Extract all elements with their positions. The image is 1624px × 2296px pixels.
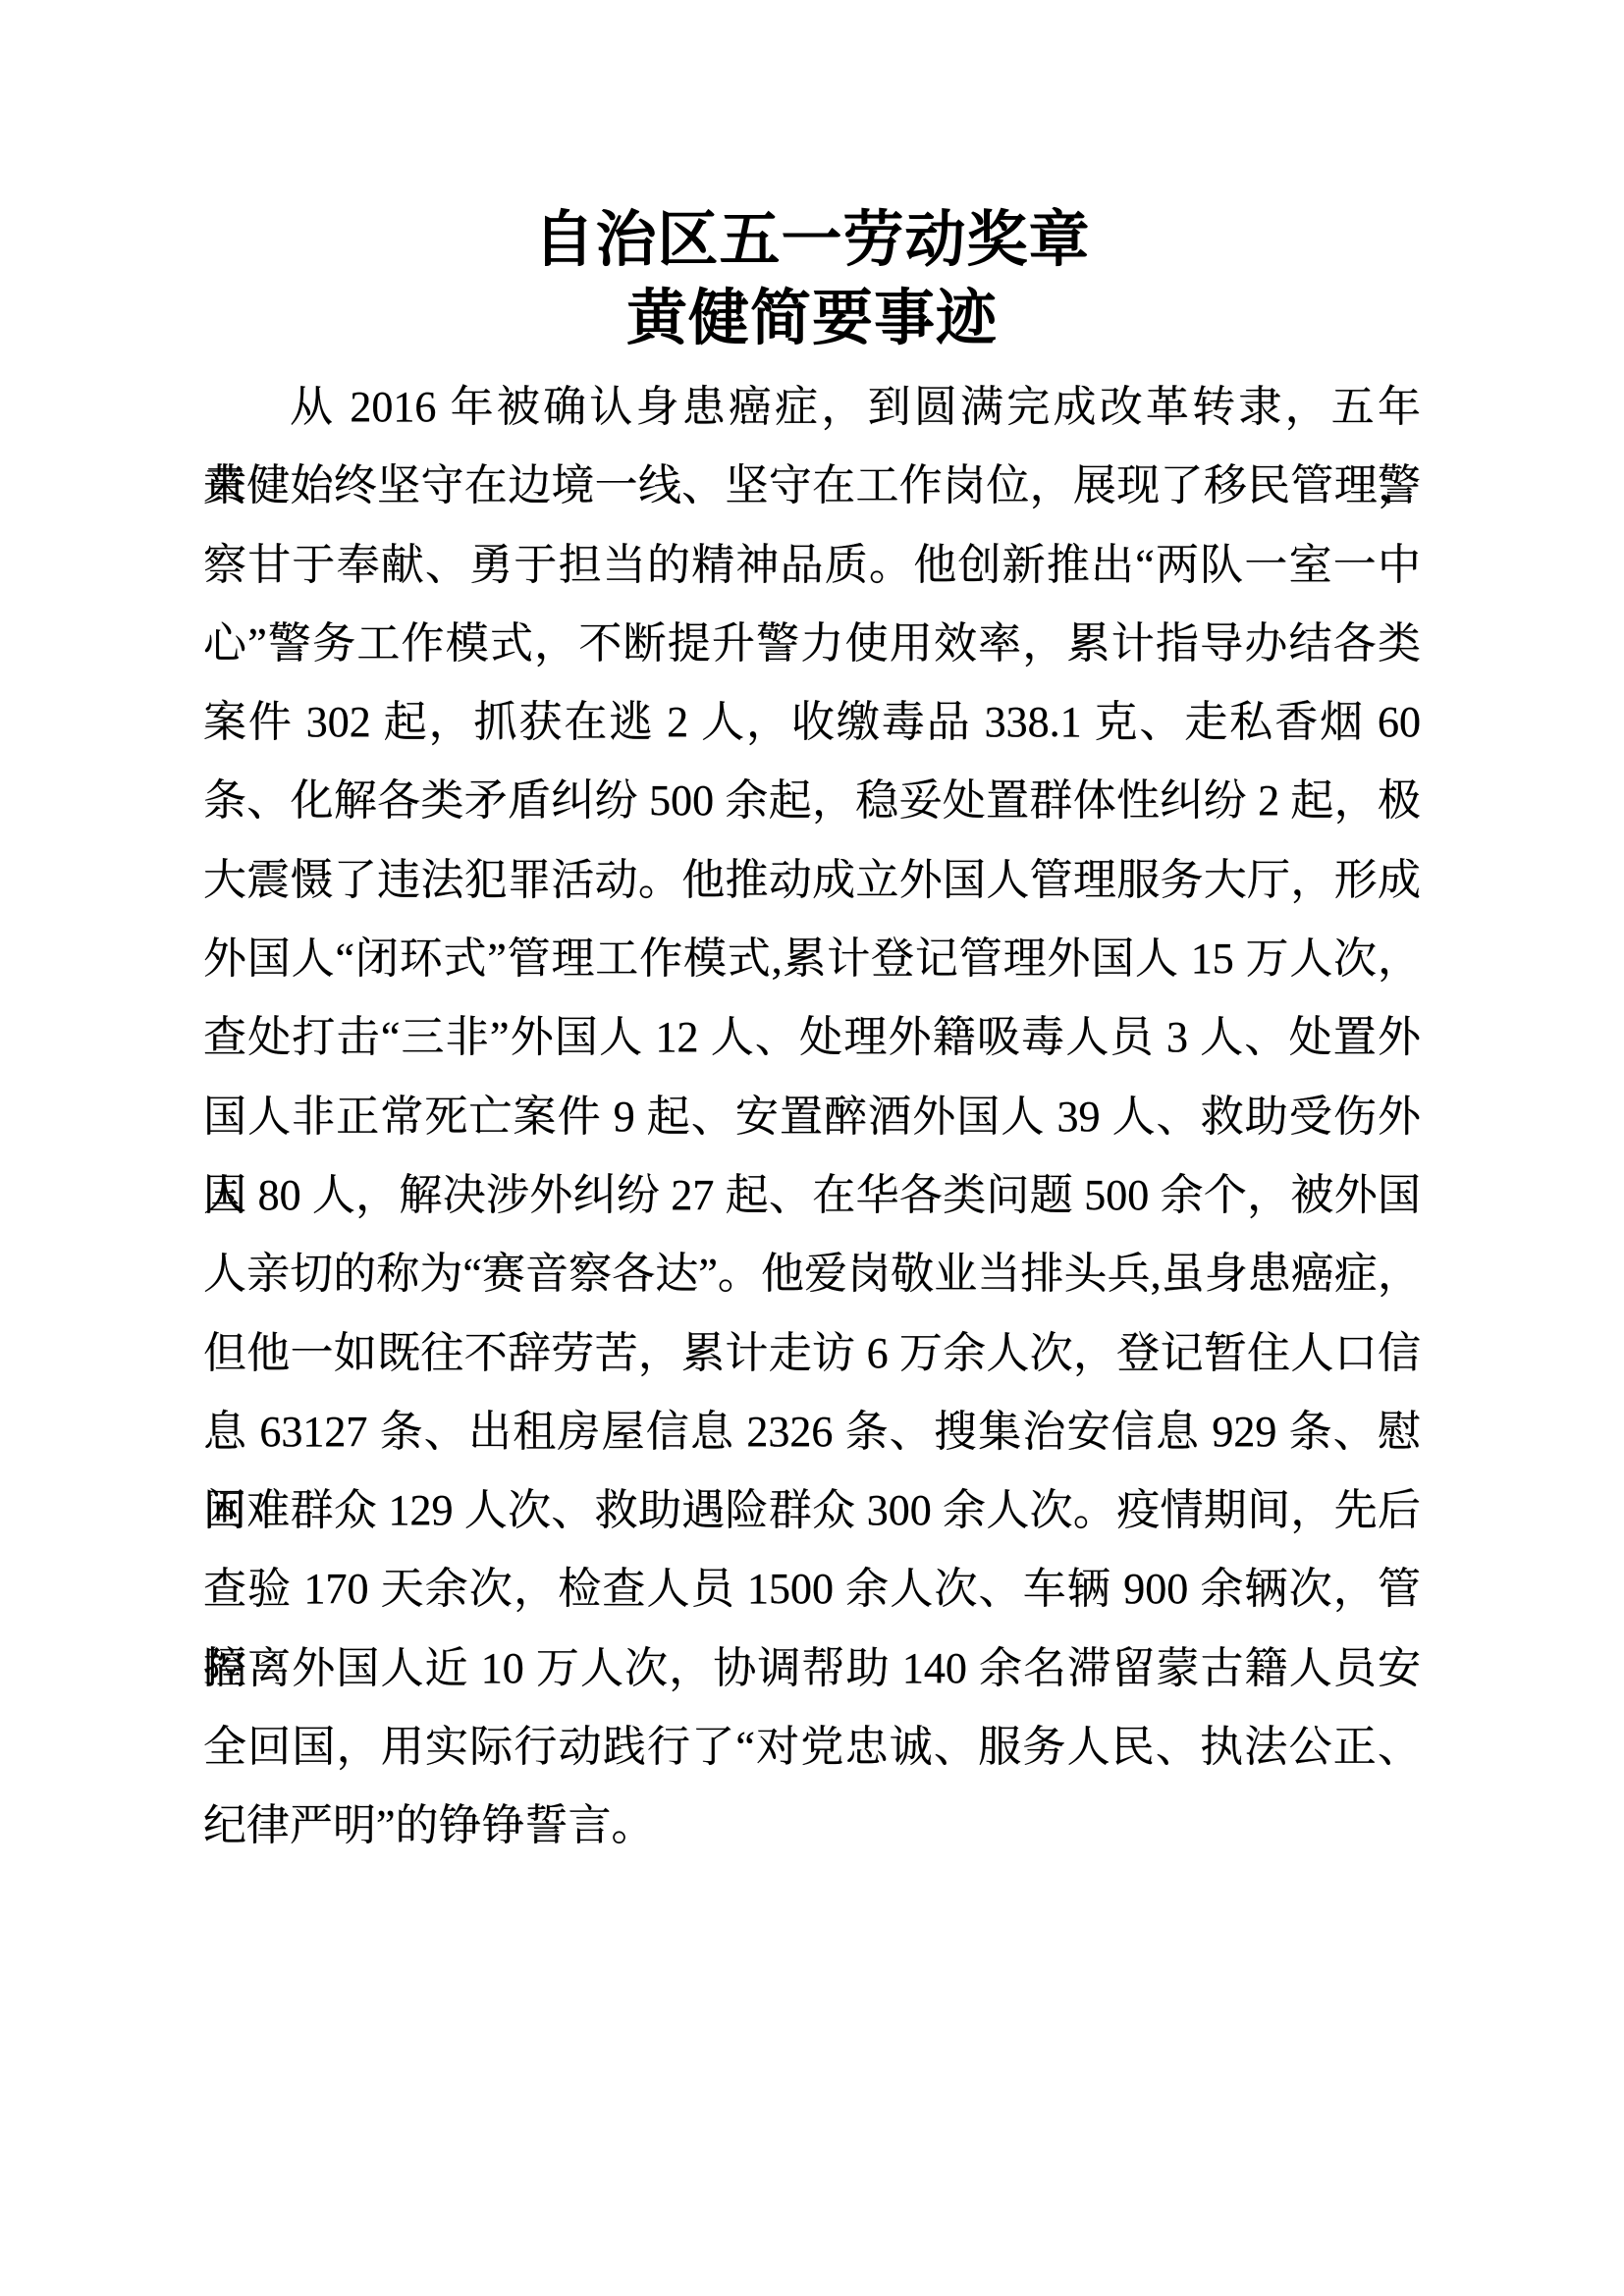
paragraph-line: 但他一如既往不辞劳苦，累计走访 6 万余人次，登记暂住人口信 <box>203 1314 1421 1393</box>
paragraph-line: 大震慑了违法犯罪活动。他推动成立外国人管理服务大厅，形成 <box>203 841 1421 920</box>
paragraph-line: 从 2016 年被确认身患癌症，到圆满完成改革转隶，五年来， <box>203 368 1421 447</box>
paragraph-line: 隔离外国人近 10 万人次，协调帮助 140 余名滞留蒙古籍人员安 <box>203 1629 1421 1708</box>
paragraph-line: 国人非正常死亡案件 9 起、安置醉酒外国人 39 人、救助受伤外国 <box>203 1078 1421 1156</box>
paragraph-line: 困难群众 129 人次、救助遇险群众 300 余人次。疫情期间，先后 <box>203 1471 1421 1550</box>
paragraph-line: 全回国，用实际行动践行了“对党忠诚、服务人民、执法公正、 <box>203 1708 1421 1787</box>
document-page: 自治区五一劳动奖章 黄健简要事迹 从 2016 年被确认身患癌症，到圆满完成改革… <box>0 0 1624 2296</box>
paragraph-line: 案件 302 起，抓获在逃 2 人，收缴毒品 338.1 克、走私香烟 60 <box>203 683 1421 762</box>
title-line-1: 自治区五一劳动奖章 <box>0 201 1624 280</box>
paragraph-line: 息 63127 条、出租房屋信息 2326 条、搜集治安信息 929 条、慰问 <box>203 1393 1421 1471</box>
paragraph-line: 查验 170 天余次，检查人员 1500 余人次、车辆 900 余辆次，管控 <box>203 1550 1421 1629</box>
document-paragraph: 从 2016 年被确认身患癌症，到圆满完成改革转隶，五年来，黄健始终坚守在边境一… <box>203 368 1421 1866</box>
paragraph-line: 人 80 人，解决涉外纠纷 27 起、在华各类问题 500 余个，被外国 <box>203 1156 1421 1235</box>
paragraph-line: 察甘于奉献、勇于担当的精神品质。他创新推出“两队一室一中 <box>203 526 1421 605</box>
paragraph-line: 纪律严明”的铮铮誓言。 <box>203 1787 1421 1865</box>
paragraph-line: 心”警务工作模式，不断提升警力使用效率，累计指导办结各类 <box>203 605 1421 683</box>
paragraph-line: 外国人“闭环式”管理工作模式,累计登记管理外国人 15 万人次， <box>203 920 1421 998</box>
paragraph-line: 人亲切的称为“赛音察各达”。他爱岗敬业当排头兵,虽身患癌症， <box>203 1235 1421 1313</box>
paragraph-line: 查处打击“三非”外国人 12 人、处理外籍吸毒人员 3 人、处置外 <box>203 998 1421 1077</box>
document-title: 自治区五一劳动奖章 黄健简要事迹 <box>0 201 1624 358</box>
title-line-2: 黄健简要事迹 <box>0 280 1624 358</box>
paragraph-line: 条、化解各类矛盾纠纷 500 余起，稳妥处置群体性纠纷 2 起，极 <box>203 762 1421 840</box>
paragraph-line: 黄健始终坚守在边境一线、坚守在工作岗位，展现了移民管理警 <box>203 447 1421 525</box>
